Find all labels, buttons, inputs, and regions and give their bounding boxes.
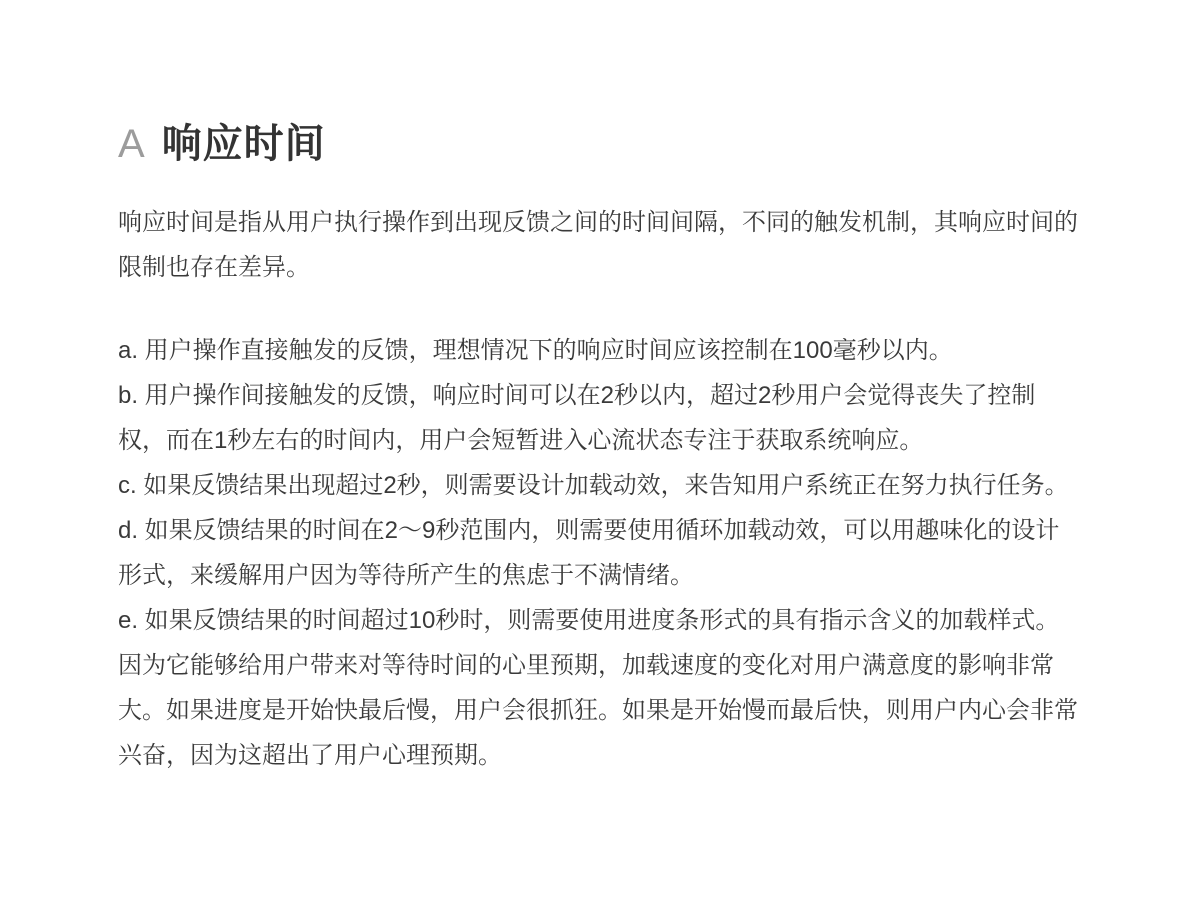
- document-page: A 响应时间 响应时间是指从用户执行操作到出现反馈之间的时间间隔，不同的触发机制…: [0, 0, 1200, 900]
- guideline-item-b: b. 用户操作间接触发的反馈，响应时间可以在2秒以内，超过2秒用户会觉得丧失了控…: [118, 373, 1082, 463]
- section-title: 响应时间: [162, 122, 326, 166]
- page-title: A 响应时间: [118, 0, 1082, 166]
- guideline-list: a. 用户操作直接触发的反馈，理想情况下的响应时间应该控制在100毫秒以内。 b…: [118, 328, 1082, 778]
- guideline-item-c: c. 如果反馈结果出现超过2秒，则需要设计加载动效，来告知用户系统正在努力执行任…: [118, 463, 1082, 508]
- guideline-item-e: e. 如果反馈结果的时间超过10秒时，则需要使用进度条形式的具有指示含义的加载样…: [118, 598, 1082, 778]
- guideline-item-d: d. 如果反馈结果的时间在2～9秒范围内，则需要使用循环加载动效，可以用趣味化的…: [118, 508, 1082, 598]
- section-marker: A: [118, 122, 145, 166]
- guideline-item-a: a. 用户操作直接触发的反馈，理想情况下的响应时间应该控制在100毫秒以内。: [118, 328, 1082, 373]
- intro-paragraph: 响应时间是指从用户执行操作到出现反馈之间的时间间隔，不同的触发机制，其响应时间的…: [118, 200, 1082, 290]
